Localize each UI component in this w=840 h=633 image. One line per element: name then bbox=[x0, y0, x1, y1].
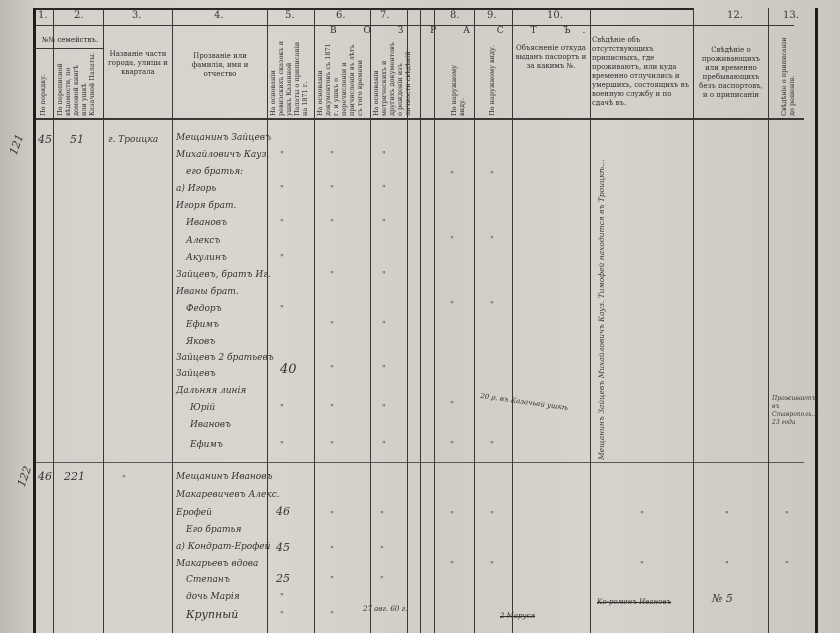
ditto-mark: " bbox=[280, 150, 284, 159]
col-number-10: 10. bbox=[547, 10, 563, 21]
name-line: Ерофей bbox=[176, 508, 212, 518]
ditto-mark: " bbox=[450, 510, 454, 519]
signature-mark: № 5 bbox=[712, 592, 733, 605]
absentee-note: Мещанинъ Зайцевъ Михайловичъ Кауз. Тимоф… bbox=[596, 130, 690, 460]
name-line: Юрій bbox=[190, 403, 215, 413]
column-border bbox=[103, 8, 104, 633]
name-line: Игоря брат. bbox=[176, 201, 236, 211]
family-number: 51 bbox=[70, 133, 84, 146]
col-number-12: 12. bbox=[727, 10, 743, 21]
col9-header: По наружному виду. bbox=[488, 40, 496, 116]
name-line: Крупный bbox=[186, 608, 238, 621]
header-bottom-border bbox=[34, 118, 804, 120]
column-border bbox=[590, 8, 591, 633]
subheader-line bbox=[34, 48, 103, 49]
ditto-mark: " bbox=[490, 510, 494, 519]
ditto-mark: " bbox=[382, 440, 386, 449]
col6-header: На основаніи документовъ съ 1871 г. и уш… bbox=[316, 40, 368, 116]
col7-header: На основаніи метрическихъ и другихъ доку… bbox=[372, 40, 406, 116]
ditto-mark: " bbox=[382, 184, 386, 193]
name-line: Яковъ bbox=[186, 337, 215, 347]
name-line: Ивановъ bbox=[190, 420, 231, 430]
ditto-mark: " bbox=[280, 440, 284, 449]
ditto-mark: " bbox=[490, 300, 494, 309]
column-border bbox=[420, 8, 421, 633]
col-number-7: 7. bbox=[380, 10, 390, 21]
name-line: а) Игорь bbox=[176, 184, 216, 194]
column-border bbox=[370, 8, 371, 633]
family-numbers-label: №№ семействъ. bbox=[38, 36, 102, 45]
order-number: 46 bbox=[38, 470, 52, 483]
ditto-mark: " bbox=[330, 545, 334, 554]
col-number-13: 13. bbox=[783, 10, 799, 21]
ditto-mark: " bbox=[785, 560, 789, 569]
col-number-6: 6. bbox=[336, 10, 346, 21]
entry-separator bbox=[34, 462, 804, 463]
family-number: 221 bbox=[64, 470, 85, 483]
ditto-mark: " bbox=[280, 592, 284, 601]
ditto-mark: " bbox=[640, 560, 644, 569]
ditto-mark: " bbox=[280, 184, 284, 193]
col-number-5: 5. bbox=[285, 10, 295, 21]
ditto-mark: " bbox=[450, 400, 454, 409]
age-value: 25 bbox=[276, 572, 290, 585]
col1-header: По порядку. bbox=[39, 52, 47, 116]
name-line: а) Кондрат-Ерофей bbox=[176, 542, 270, 552]
ditto-mark: " bbox=[382, 270, 386, 279]
age-value: 46 bbox=[276, 505, 290, 518]
column-border bbox=[768, 8, 769, 633]
age-group-header: В О З Р А С Т Ъ. bbox=[330, 26, 597, 36]
col4-header: Прозваніе или фамилія, имя и отчество bbox=[176, 52, 264, 79]
name-line: Зайцевъ bbox=[176, 369, 216, 379]
date-note: 27 авг. 60 г. bbox=[363, 605, 407, 613]
name-line: Иваны брат. bbox=[176, 287, 239, 297]
name-line: Макарьевъ вдова bbox=[176, 559, 258, 569]
ditto-mark: " bbox=[490, 440, 494, 449]
ditto-mark: " bbox=[725, 560, 729, 569]
ditto-mark: " bbox=[382, 150, 386, 159]
name-line: Ефимъ bbox=[190, 440, 223, 450]
ditto-mark: " bbox=[330, 610, 334, 619]
col11-header: Свѣдѣніе объ отсутствующихъ приписныхъ, … bbox=[592, 36, 692, 108]
name-line: Михайловичъ Кауз. bbox=[176, 150, 269, 160]
name-line: Мещанинъ Зайцевъ bbox=[176, 133, 271, 143]
col-number-1: 1. bbox=[38, 10, 48, 21]
name-line: дочь Марія bbox=[186, 592, 240, 602]
ditto-mark: " bbox=[450, 300, 454, 309]
name-line: его братья: bbox=[186, 167, 243, 177]
ditto-mark: " bbox=[380, 575, 384, 584]
page-edge bbox=[815, 8, 818, 633]
ditto-mark: " bbox=[785, 510, 789, 519]
ditto-mark: " bbox=[490, 560, 494, 569]
name-line: Зайцевъ, братъ Иг. bbox=[176, 270, 271, 280]
column-border bbox=[53, 8, 54, 633]
name-line: Алексъ bbox=[186, 236, 220, 246]
name-line: Ефимъ bbox=[186, 320, 219, 330]
name-line: Его братья bbox=[186, 525, 241, 535]
col-number-4: 4. bbox=[214, 10, 224, 21]
ditto-mark: " bbox=[330, 320, 334, 329]
col12-header: Свѣдѣніе о проживающихъ или временно пре… bbox=[696, 46, 766, 100]
column-border bbox=[512, 8, 513, 633]
ditto-mark: " bbox=[490, 235, 494, 244]
ditto-mark: " bbox=[640, 510, 644, 519]
age-value: 40 bbox=[280, 362, 297, 377]
address-ditto: " bbox=[122, 474, 126, 483]
col-number-9: 9. bbox=[487, 10, 497, 21]
ditto-mark: " bbox=[330, 510, 334, 519]
column-border bbox=[434, 8, 435, 633]
ditto-mark: " bbox=[330, 440, 334, 449]
struck-note: 2 Маруся bbox=[500, 612, 535, 620]
struck-note: Ко-роменъ Ивановъ bbox=[597, 598, 671, 606]
ditto-mark: " bbox=[382, 403, 386, 412]
col-number-2: 2. bbox=[74, 10, 84, 21]
ditto-mark: " bbox=[382, 218, 386, 227]
col5-header: На основаніи ревизскихъ сказокъ и ушкъ К… bbox=[269, 40, 313, 116]
ditto-mark: " bbox=[280, 403, 284, 412]
ditto-mark: " bbox=[330, 218, 334, 227]
address: г. Троицка bbox=[108, 135, 158, 145]
ditto-mark: " bbox=[330, 403, 334, 412]
ditto-mark: " bbox=[450, 235, 454, 244]
ditto-mark: " bbox=[330, 184, 334, 193]
ditto-mark: " bbox=[450, 170, 454, 179]
ditto-mark: " bbox=[280, 610, 284, 619]
name-line: Федоръ bbox=[186, 304, 222, 314]
ditto-mark: " bbox=[380, 545, 384, 554]
name-line: Дальняя линія bbox=[176, 386, 246, 396]
ditto-mark: " bbox=[280, 304, 284, 313]
ditto-mark: " bbox=[450, 560, 454, 569]
ditto-mark: " bbox=[382, 364, 386, 373]
ditto-mark: " bbox=[330, 150, 334, 159]
column-border bbox=[474, 8, 475, 633]
column-border bbox=[314, 8, 315, 633]
col13-header: Свѣдѣніе о приписаніи до решенія. bbox=[780, 36, 804, 116]
column-border bbox=[33, 8, 36, 633]
ditto-mark: " bbox=[382, 320, 386, 329]
col-number-8: 8. bbox=[450, 10, 460, 21]
ditto-mark: " bbox=[450, 440, 454, 449]
document-page: 1. 2. 3. 4. 5. 6. 7. 8. 9. 10. 12. 13. №… bbox=[0, 0, 840, 633]
ditto-mark: " bbox=[280, 218, 284, 227]
column-border bbox=[267, 8, 268, 633]
col-number-3: 3. bbox=[132, 10, 142, 21]
ditto-mark: " bbox=[725, 510, 729, 519]
name-line: Степанъ bbox=[186, 575, 230, 585]
ditto-mark: " bbox=[490, 170, 494, 179]
col8-header: По наружному виду. bbox=[450, 50, 466, 116]
ditto-mark: " bbox=[330, 575, 334, 584]
ditto-mark: " bbox=[380, 510, 384, 519]
name-line: Мещанинъ Ивановъ bbox=[176, 472, 272, 482]
column-border bbox=[172, 8, 173, 633]
col2-header: По переписной вѣдомости, по домовой книг… bbox=[56, 52, 100, 116]
col3-header: Названіе части города, улицы и квартала bbox=[106, 50, 170, 77]
name-line: Акулинъ bbox=[186, 253, 227, 263]
name-line: Зайцевъ 2 братьевъ bbox=[176, 353, 274, 363]
name-line: Макаревичевъ Алекс. bbox=[176, 490, 280, 500]
age-value: 45 bbox=[276, 541, 290, 554]
name-line: Ивановъ bbox=[186, 218, 227, 228]
ditto-mark: " bbox=[280, 253, 284, 262]
passport-note: 20 ρ. въ Казачьей ушкѣ bbox=[480, 392, 569, 412]
ditto-mark: " bbox=[330, 270, 334, 279]
residence-note: Проживаетъ въ Ставрополь... 23 года bbox=[772, 395, 812, 427]
page-margin bbox=[0, 0, 34, 633]
column-border bbox=[693, 8, 694, 633]
col10-header: Объясненіе откуда выданъ паспортъ и за к… bbox=[515, 44, 587, 71]
order-number: 45 bbox=[38, 133, 52, 146]
ditto-mark: " bbox=[330, 364, 334, 373]
